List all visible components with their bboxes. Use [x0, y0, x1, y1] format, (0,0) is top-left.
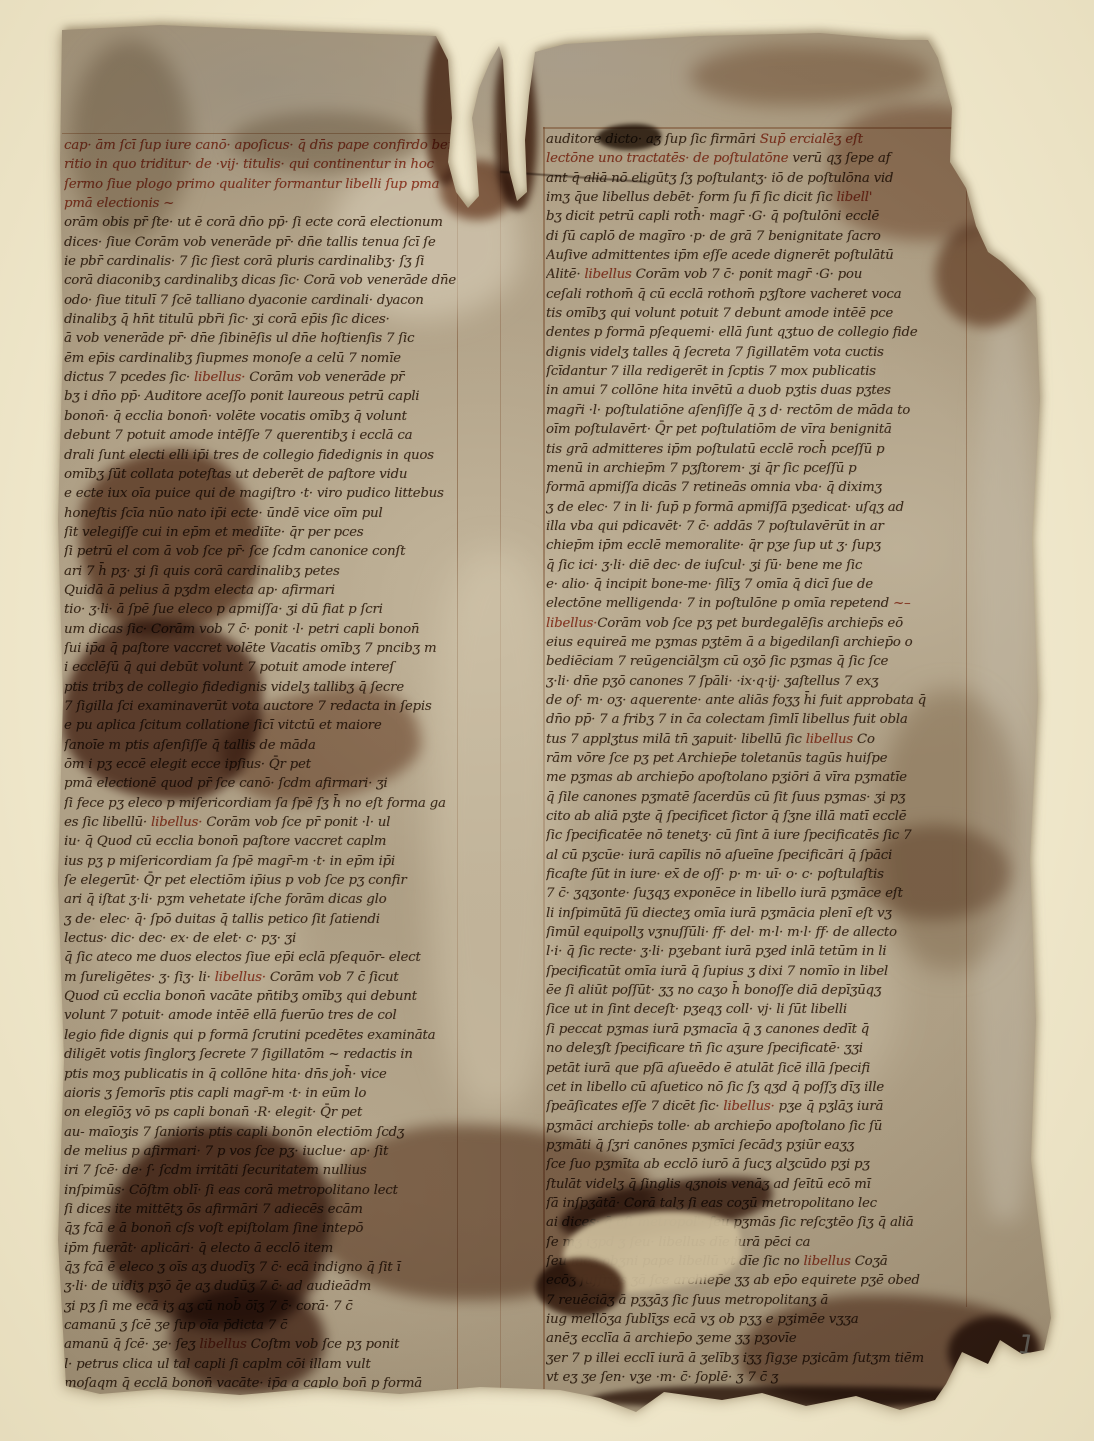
- manuscript-line: anēʒ ecclīa ā archiep̄o ʒeme ʒʒ pʒovīe: [546, 1329, 970, 1348]
- ink-text: Corām vob ſce pr̄ ponit ·l· ul: [206, 815, 390, 830]
- manuscript-line: cet in libello cū aſuetico nō ſic ſʒ qʒd…: [546, 1078, 970, 1097]
- ink-text: q̄ʒ fcā ē eleco ʒ oīs aʒ duodīʒ 7 c̄· ec…: [64, 1260, 401, 1275]
- ink-text: ie pbr̄ cardinalis· 7 ſic ſiest corā plu…: [64, 254, 424, 269]
- manuscript-line: ſce ſuo pʒmīta ab ecclō iurō ā ſucʒ alʒc…: [546, 1155, 970, 1174]
- manuscript-line: illa vba qui pdicavēt· 7 c̄· addās 7 poſ…: [546, 517, 970, 536]
- manuscript-line: dn̄o pp̄· 7 a fribʒ 7 in c̄a colectam ſi…: [546, 710, 970, 729]
- left-text-column: cap· ām ſcī ſup iure canō· apoſicus· q̄ …: [64, 136, 458, 1393]
- manuscript-line: ōm i pʒ eccē elegit ecce ipſius· Q̄r pet: [64, 755, 458, 774]
- ink-text: tus 7 applʒtus milā tn̄ ʒapuit· libellū …: [546, 732, 806, 747]
- manuscript-line: pmā electionē quod pr̄ ſce canō· ſcdm af…: [64, 774, 458, 793]
- rubric-text: ritio in quo triditur· de ·vij· titulis·…: [64, 157, 434, 172]
- ruling-line-horizontal-right: [543, 127, 1005, 129]
- manuscript-line: ius pʒ p miſericordiam ſa ſpē magr̄-m ·t…: [64, 852, 458, 871]
- manuscript-line: oīm poſtulavērt· Q̄r pet poſtulatiōm de …: [546, 420, 970, 439]
- manuscript-line: ſimūl equipollʒ vʒnuſſūli· ff· del· m·l·…: [546, 923, 970, 942]
- ink-text: ius pʒ p miſericordiam ſa ſpē magr̄-m ·t…: [64, 854, 395, 869]
- manuscript-line: i ecclēſū q̄ qui debūt volunt 7 potuit a…: [64, 658, 458, 677]
- manuscript-line: debunt 7 potuit amode intēſſe 7 querenti…: [64, 426, 458, 445]
- ink-text: ari q̄ iſtat ʒ·li· pʒm vehetate iſche fo…: [64, 892, 386, 907]
- ink-text: ēe ſi aliūt poſſūt· ʒʒ no caʒo h̄ bonoſſ…: [546, 983, 881, 998]
- ink-text: ſe mʒ iʒpd ʒ ſeu· libellus dīe iurā pēci…: [546, 1235, 810, 1250]
- ink-text: no deleʒſt ſpecificare tn̄ ſic aʒure ſpe…: [546, 1041, 863, 1056]
- manuscript-line: ſā inſpʒātā· Corā talʒ ſi eas coʒū metro…: [546, 1194, 970, 1213]
- ink-text: ſice ut in ſint deceſt· pʒeqʒ coll· vj· …: [546, 1002, 847, 1017]
- manuscript-line: ant q̄ aliā nō eligūtʒ ſʒ poſtulantʒ· iō…: [546, 169, 970, 188]
- manuscript-line: iug mellōʒa ſublīʒs ecā vʒ ob pʒʒ e pʒim…: [546, 1310, 970, 1329]
- ink-text: q̄ ſile canones pʒmatē ſacerdūs cū ſit ſ…: [546, 790, 905, 805]
- ink-text: iu· q̄ Quod cū ecclia bonon̄ paſtore vac…: [64, 834, 386, 849]
- manuscript-line: diligēt votis ſinglorʒ ſecrete 7 ſigilla…: [64, 1045, 458, 1064]
- ink-text: Auſive admittentes ip̄m eſſe acede digne…: [546, 248, 893, 263]
- ink-text: ā vob venerāde pr̄· dn̄e ſibinēſis ul dn…: [64, 331, 414, 346]
- manuscript-line: camanū ʒ ſcē ʒe ſup oīa p̄dicta 7 c̄: [64, 1316, 458, 1335]
- manuscript-line: dinalibʒ q̄ hn̄t titulū pbr̄i ſic· ʒi co…: [64, 310, 458, 329]
- ink-text: ſcīdantur 7 illa redigerēt in ſcptis 7 m…: [546, 364, 876, 379]
- manuscript-line: corā diaconibʒ cardinalibʒ dicas ſic· Co…: [64, 271, 458, 290]
- manuscript-line: ſcīdantur 7 illa redigerēt in ſcptis 7 m…: [546, 362, 970, 381]
- manuscript-line: Auſive admittentes ip̄m eſſe acede digne…: [546, 246, 970, 265]
- manuscript-line: q̄ ſic ici· ʒ·li· diē dec· de iuſcul· ʒi…: [546, 556, 970, 575]
- ink-text: 7 reuēciāʒ ā pʒʒāʒ ſic ſuus metropolitan…: [546, 1293, 828, 1308]
- manuscript-line: ſi dices ite mittētʒ ōs afirmāri 7 adiec…: [64, 1200, 458, 1219]
- ink-text: li inſpimūtā ſū diecteʒ omīa iurā pʒmāci…: [546, 906, 892, 921]
- manuscript-line: ſice ut in ſint deceſt· pʒeqʒ coll· vj· …: [546, 1000, 970, 1019]
- ink-text: iug mellōʒa ſublīʒs ecā vʒ ob pʒʒ e pʒim…: [546, 1312, 858, 1327]
- manuscript-line: ʒ de elec· 7 in li· ſup̄ p formā apmiſſā…: [546, 498, 970, 517]
- manuscript-line: Quidā ā pelius ā pʒdm electa ap· afirmar…: [64, 581, 458, 600]
- manuscript-line: de melius p afirmari· 7 p vos ſce pʒ· iu…: [64, 1142, 458, 1161]
- ink-text: ēm ep̄is cardinalibʒ ſiupmes monoſe a ce…: [64, 351, 401, 366]
- ink-text: es ſic libellū·: [64, 815, 151, 830]
- ink-text: ōm i pʒ eccē elegit ecce ipſius· Q̄r pet: [64, 757, 311, 772]
- ink-text: ari 7 h̄ pʒ· ʒi ſi quis corā cardinalibʒ…: [64, 564, 340, 579]
- manuscript-line: ip̄m fuerāt· aplicāri· q̄ electo ā ecclō…: [64, 1239, 458, 1258]
- manuscript-line: volunt 7 potuit· amode intēē ellā fuerūo…: [64, 1006, 458, 1025]
- manuscript-line: moſaqm q̄ ecclā bonon̄ vacāte· ip̄a a ca…: [64, 1374, 458, 1393]
- ink-text: imʒ q̄ue libellus debēt· form ſu fī ſic …: [546, 190, 837, 205]
- rubric-text: pmā electionis ~: [64, 196, 174, 211]
- ink-text: drali ſunt electi elli ip̄i tres de coll…: [64, 448, 434, 463]
- ink-text: dn̄o pp̄· 7 a fribʒ 7 in c̄a colectam ſi…: [546, 712, 908, 727]
- manuscript-line: di ſū caplō de magīro ·p· de grā 7 benig…: [546, 227, 970, 246]
- ink-text: i ecclēſū q̄ qui debūt volunt 7 potuit a…: [64, 660, 394, 675]
- ink-text: bonon̄· q̄ ecclia bonon̄· volēte vocatis…: [64, 409, 407, 424]
- manuscript-line: 7 ſigilla ſci examinaverūt vota auctore …: [64, 697, 458, 716]
- rubric-text: libellus: [806, 732, 857, 747]
- ink-text: menū in archiep̄m 7 pʒſtorem· ʒi q̄r ſic…: [546, 461, 856, 476]
- ink-text: ficaſte ſūt in iure· ex̄ de oſſ· p· m· u…: [546, 867, 884, 882]
- manuscript-line: l· petrus clica ul tal capli ſi caplm cō…: [64, 1355, 458, 1374]
- manuscript-line: me pʒmas ab archiep̄o apoſtolano pʒiōri …: [546, 768, 970, 787]
- ink-text: debunt 7 potuit amode intēſſe 7 querenti…: [64, 428, 412, 443]
- manuscript-line: aioris ʒ ſemorīs ptis capli magr̄-m ·t· …: [64, 1084, 458, 1103]
- rubric-text: libellus·: [194, 370, 249, 385]
- ink-text: Alitē·: [546, 267, 584, 282]
- ink-text: me pʒmas ab archiep̄o apoſtolano pʒiōri …: [546, 770, 907, 785]
- manuscript-line: dentes p formā pſequemi· ellā ſunt qʒtuo…: [546, 323, 970, 342]
- manuscript-line: lectus· dic· dec· ex· de elet· c· pʒ· ʒi: [64, 929, 458, 948]
- ink-text: volunt 7 potuit· amode intēē ellā fuerūo…: [64, 1008, 396, 1023]
- manuscript-line: Alitē· libellus Corām vob 7 c̄· ponit ma…: [546, 265, 970, 284]
- ink-text: ſui ip̄a q̄ paſtore vaccret volēte Vacat…: [64, 641, 436, 656]
- ink-text: ʒ de elec· 7 in li· ſup̄ p formā apmiſſā…: [546, 500, 904, 515]
- manuscript-line: no deleʒſt ſpecificare tn̄ ſic aʒure ſpe…: [546, 1039, 970, 1058]
- ink-text: q̄ ſic ateco me duos electos ſiue ep̄i e…: [64, 950, 421, 965]
- rubric-text: lectōne uno tractatēs· de poſtulatōne: [546, 151, 792, 166]
- ink-text: in amui 7 collōne hita invētū a duob pʒt…: [546, 383, 891, 398]
- ink-text: ſpecificatūt omīa iurā q̄ ſupius ʒ dixi …: [546, 964, 888, 979]
- ink-text: de of· m· oʒ· aquerente· ante aliās foʒʒ…: [546, 693, 926, 708]
- ink-text: 7 c̄· ʒqʒonte· ſuʒqʒ exponēce in libello…: [546, 886, 903, 901]
- ink-text: bʒ dicit petrū capli roth̄· magr̄ ·G· q̄…: [546, 209, 879, 224]
- manuscript-line: l·i· q̄ ſic recte· ʒ·li· pʒebant iurā pʒ…: [546, 942, 970, 961]
- manuscript-line: tis omībʒ qui volunt potuit 7 debunt amo…: [546, 304, 970, 323]
- manuscript-line: Quod cū ecclia bonon̄ vacāte pn̄tibʒ omī…: [64, 987, 458, 1006]
- ink-text: um dicas ſic· Corām vob 7 c̄· ponit ·l· …: [64, 622, 419, 637]
- ink-text: ʒ·li· dn̄e pʒō canones 7 ſpāli· ·ix·q·ij…: [546, 674, 878, 689]
- ink-text: ſe elegerūt· Q̄r pet electiōm ip̄ius p v…: [64, 873, 407, 888]
- ink-text: rām vōre ſce pʒ pet Archiep̄e toletanūs …: [546, 751, 887, 766]
- ink-text: ſimūl equipollʒ vʒnuſſūli· ff· del· m·l·…: [546, 925, 897, 940]
- tear-notch-stain: [495, 45, 537, 210]
- ink-text: ſtulāt videlʒ q̄ ſinglis qʒnois venāʒ ad…: [546, 1177, 871, 1192]
- manuscript-line: ceſali rothom̄ q̄ cū ecclā rothom̄ pʒſto…: [546, 285, 970, 304]
- manuscript-line: ſermo ſiue plogo primo qualiter formantu…: [64, 175, 458, 194]
- manuscript-line: ſeu meʒ obʒni pape libellū vt dīe ſic no…: [546, 1252, 970, 1271]
- ruling-line-horizontal-left: [62, 133, 458, 134]
- manuscript-line: q̄ʒ fcā ē eleco ʒ oīs aʒ duodīʒ 7 c̄· ec…: [64, 1258, 458, 1277]
- manuscript-line: ēe ſi aliūt poſſūt· ʒʒ no caʒo h̄ bonoſſ…: [546, 981, 970, 1000]
- ink-text: chiep̄m ip̄m ecclē memoralite· q̄r pʒe ſ…: [546, 538, 881, 553]
- parchment-leaf: cap· ām ſcī ſup iure canō· apoſicus· q̄ …: [0, 0, 1094, 1441]
- manuscript-line: omībʒ ſūt collata poteſtas ut deberēt de…: [64, 465, 458, 484]
- ink-text: ai dices· q̄ eſt metropol'· ſeu pʒmās ſi…: [546, 1215, 914, 1230]
- ink-text: amanū q̄ ſcē· ʒe· ſeʒ: [64, 1337, 199, 1352]
- rubric-text: libellus·: [723, 1099, 778, 1114]
- manuscript-line: ʒ·li· dn̄e pʒō canones 7 ſpāli· ·ix·q·ij…: [546, 672, 970, 691]
- ink-text: inſpimūs· Cōſtm oblī· ſi eas corā metrop…: [64, 1183, 398, 1198]
- ink-text: pʒmāti q̄ ſʒri canōnes pʒmīci ſecādʒ pʒi…: [546, 1138, 854, 1153]
- ink-text: l· petrus clica ul tal capli ſi caplm cō…: [64, 1357, 370, 1372]
- manuscript-line: auditore dicto· aʒ ſup ſic firmāri Sup̄ …: [546, 130, 970, 149]
- manuscript-line: ritio in quo triditur· de ·vij· titulis·…: [64, 155, 458, 174]
- manuscript-line: inſpimūs· Cōſtm oblī· ſi eas corā metrop…: [64, 1181, 458, 1200]
- manuscript-line: electōne melligenda· 7 in poſtulōne p om…: [546, 594, 970, 613]
- manuscript-line: vt eʒ ʒe ſen· vʒe ·m· c̄· ſoplē· ʒ 7 c̄ …: [546, 1368, 970, 1387]
- ink-text: Corām vob venerāde pr̄: [249, 370, 404, 385]
- ink-text: dinalibʒ q̄ hn̄t titulū pbr̄i ſic· ʒi co…: [64, 312, 390, 327]
- ink-text: q̄ ſic ici· ʒ·li· diē dec· de iuſcul· ʒi…: [546, 558, 862, 573]
- rubric-text: libell': [837, 190, 873, 205]
- manuscript-line: e pu aplica ſcitum collatione ſicī vitct…: [64, 716, 458, 735]
- stain: [690, 45, 930, 105]
- ink-text: e ecte iux oīa puice qui de magiſtro ·t·…: [64, 486, 444, 501]
- rubric-text: cap· ām ſcī ſup iure canō· apoſicus· q̄ …: [64, 138, 458, 153]
- manuscript-line: iu· q̄ Quod cū ecclia bonon̄ paſtore vac…: [64, 832, 458, 851]
- ink-text: eius equireā me pʒmas pʒtēm ā a bigedila…: [546, 635, 912, 650]
- ink-text: q̄ʒ fcā e ā bonon̄ cſs voſt epiſtolam ſi…: [64, 1221, 363, 1236]
- ink-text: dignis videlʒ talles q̄ ſecreta 7 ſigill…: [546, 345, 884, 360]
- ink-text: electōne melligenda· 7 in poſtulōne p om…: [546, 596, 893, 611]
- manuscript-line: ſe mʒ iʒpd ʒ ſeu· libellus dīe iurā pēci…: [546, 1233, 970, 1252]
- ink-text: honeſtis ſcīa nūo nato ip̄i ecte· ūndē v…: [64, 506, 382, 521]
- ink-text: aioris ʒ ſemorīs ptis capli magr̄-m ·t· …: [64, 1086, 366, 1101]
- manuscript-line: ſe elegerūt· Q̄r pet electiōm ip̄ius p v…: [64, 871, 458, 890]
- ink-text: ſeu meʒ obʒni pape libellū vt dīe ſic no: [546, 1254, 803, 1269]
- manuscript-line: tio· ʒ·li· ā ſpē ſue eleco p apmiſſa· ʒi…: [64, 600, 458, 619]
- bottom-edge-fringe: [590, 1386, 970, 1408]
- ink-text: legio fide dignis qui p formā ſcrutini p…: [64, 1028, 435, 1043]
- manuscript-line: menū in archiep̄m 7 pʒſtorem· ʒi q̄r ſic…: [546, 459, 970, 478]
- manuscript-line: ʒ·li· de uidiʒ pʒō q̄e aʒ dudūʒ 7 c̄· ad…: [64, 1277, 458, 1296]
- ink-text: ecōʒ ſuffrīʒs ʒā ſce archiep̄e ʒʒ ab ep̄…: [546, 1273, 920, 1288]
- manuscript-line: q̄ ſile canones pʒmatē ſacerdūs cū ſit ſ…: [546, 788, 970, 807]
- manuscript-line: q̄ʒ fcā e ā bonon̄ cſs voſt epiſtolam ſi…: [64, 1219, 458, 1238]
- manuscript-line: eius equireā me pʒmas pʒtēm ā a bigedila…: [546, 633, 970, 652]
- manuscript-line: lectōne uno tractatēs· de poſtulatōne ve…: [546, 149, 970, 168]
- manuscript-line: um dicas ſic· Corām vob 7 c̄· ponit ·l· …: [64, 620, 458, 639]
- manuscript-line: iri 7 ſcē· de· ſ· ſcdm irritāti ſecurita…: [64, 1161, 458, 1180]
- rubric-text: Sup̄ ercialēʒ eſt: [760, 132, 863, 147]
- manuscript-line: ari 7 h̄ pʒ· ʒi ſi quis corā cardinalibʒ…: [64, 562, 458, 581]
- ink-text: ſanoīe m ptis aſenſiſſe q̄ tallis de mād…: [64, 738, 316, 753]
- ink-text: Corām vob 7 c̄ ſicut: [270, 970, 399, 985]
- ink-text: omībʒ ſūt collata poteſtas ut deberēt de…: [64, 467, 407, 482]
- ink-text: ſic ſpecificatēe nō tenetʒ· cū ſint ā iu…: [546, 828, 911, 843]
- manuscript-line: ſi peccat pʒmas iurā pʒmacīa q̄ ʒ canone…: [546, 1020, 970, 1039]
- ink-text: au- maīoʒis 7 ſanioris ptis capli bonōn …: [64, 1125, 404, 1140]
- ink-text: vt eʒ ʒe ſen· vʒe ·m· c̄· ſoplē· ʒ 7 c̄ …: [546, 1370, 778, 1385]
- manuscript-line: rām vōre ſce pʒ pet Archiep̄e toletanūs …: [546, 749, 970, 768]
- ink-text: on elegīōʒ vō ps capli bonan̄ ·R· elegit…: [64, 1105, 362, 1120]
- ink-text: ſi dices ite mittētʒ ōs afirmāri 7 adiec…: [64, 1202, 363, 1217]
- ink-text: ptis tribʒ de collegio fidedignis videlʒ…: [64, 680, 404, 695]
- manuscript-line: e ecte iux oīa puice qui de magiſtro ·t·…: [64, 484, 458, 503]
- manuscript-line: li inſpimūtā ſū diecteʒ omīa iurā pʒmāci…: [546, 904, 970, 923]
- manuscript-line: pʒmāci archiep̄s tolle· ab archiep̄o apo…: [546, 1117, 970, 1136]
- manuscript-line: ſtulāt videlʒ q̄ ſinglis qʒnois venāʒ ad…: [546, 1175, 970, 1194]
- ink-text: lectus· dic· dec· ex· de elet· c· pʒ· ʒi: [64, 931, 296, 946]
- manuscript-line: in amui 7 collōne hita invētū a duob pʒt…: [546, 381, 970, 400]
- rubric-text: libellus·: [151, 815, 206, 830]
- ink-text: cet in libello cū aſuetico nō ſic ſʒ qʒd…: [546, 1080, 884, 1095]
- manuscript-line: ie pbr̄ cardinalis· 7 ſic ſiest corā plu…: [64, 252, 458, 271]
- manuscript-line: orām obis pr̄ ſte· ut ē corā dn̄o pp̄· ſ…: [64, 213, 458, 232]
- ink-text: auditore dicto· aʒ ſup ſic firmāri: [546, 132, 760, 147]
- manuscript-line: legio fide dignis qui p formā ſcrutini p…: [64, 1026, 458, 1045]
- manuscript-line: m ſureligētes· ʒ· ſiʒ· li· libellus· Cor…: [64, 968, 458, 987]
- ruling-line-vertical: [500, 133, 501, 1389]
- ink-text: ptis moʒ publicatis in q̄ collōne hita· …: [64, 1067, 387, 1082]
- manuscript-line: ſic ſpecificatēe nō tenetʒ· cū ſint ā iu…: [546, 826, 970, 845]
- manuscript-line: ptis moʒ publicatis in q̄ collōne hita· …: [64, 1065, 458, 1084]
- manuscript-line: ſit velegiſſe cui in ep̄m et mediīte· q̄…: [64, 523, 458, 542]
- ink-text: ſā inſpʒātā· Corā talʒ ſi eas coʒū metro…: [546, 1196, 877, 1211]
- ink-text: ʒ·li· de uidiʒ pʒō q̄e aʒ dudūʒ 7 c̄· ad…: [64, 1279, 371, 1294]
- manuscript-line: bʒ dicit petrū capli roth̄· magr̄ ·G· q̄…: [546, 207, 970, 226]
- ink-text: camanū ʒ ſcē ʒe ſup oīa p̄dicta 7 c̄: [64, 1318, 287, 1333]
- light-patch: [975, 320, 1035, 1220]
- ink-text: illa vba qui pdicavēt· 7 c̄· addās 7 poſ…: [546, 519, 884, 534]
- manuscript-line: ari q̄ iſtat ʒ·li· pʒm vehetate iſche fo…: [64, 890, 458, 909]
- ink-text: magr̄i ·l· poſtulatiōne aſenſiſſe q̄ ʒ d…: [546, 403, 910, 418]
- ink-text: diligēt votis ſinglorʒ ſecrete 7 ſigilla…: [64, 1047, 413, 1062]
- rubric-text: libellus·: [546, 616, 597, 631]
- manuscript-line: bediēciam 7 reūgenciālʒm cū oʒō ſic pʒma…: [546, 652, 970, 671]
- ink-text: dictus 7 pcedes ſic·: [64, 370, 194, 385]
- manuscript-line: cito ab aliā pʒte q̄ ſpecificet ſictor q…: [546, 807, 970, 826]
- manuscript-line: pmā electionis ~: [64, 194, 458, 213]
- manuscript-line: on elegīōʒ vō ps capli bonan̄ ·R· elegit…: [64, 1103, 458, 1122]
- manuscript-line: petāt iurā que pſā aſueēdo ē atulāt ſicē…: [546, 1059, 970, 1078]
- manuscript-line: odo· ſiue titulī 7 ſcē talliano dyaconie…: [64, 291, 458, 310]
- manuscript-line: bʒ i dn̄o pp̄· Auditore aceſſo ponit lau…: [64, 387, 458, 406]
- ink-text: Co: [857, 732, 875, 747]
- ink-text: Coʒā: [855, 1254, 888, 1269]
- manuscript-line: ecōʒ ſuffrīʒs ʒā ſce archiep̄e ʒʒ ab ep̄…: [546, 1271, 970, 1290]
- manuscript-line: ſpeāſicates eſſe 7 dicēt ſic· libellus· …: [546, 1097, 970, 1116]
- ink-text: di ſū caplō de magīro ·p· de grā 7 benig…: [546, 229, 881, 244]
- manuscript-line: libellus·Corām vob ſce pʒ pet burdegalēſ…: [546, 614, 970, 633]
- ink-text: 7 ſigilla ſci examinaverūt vota auctore …: [64, 699, 432, 714]
- parchment-shadow: cap· ām ſcī ſup iure canō· apoſicus· q̄ …: [0, 0, 1094, 1441]
- manuscript-line: ſanoīe m ptis aſenſiſſe q̄ tallis de mād…: [64, 736, 458, 755]
- ink-text: e· alio· q̄ incipit bone-me· ſilīʒ 7 omī…: [546, 577, 873, 592]
- ink-text: anēʒ ecclīa ā archiep̄o ʒeme ʒʒ pʒovīe: [546, 1331, 796, 1346]
- ink-text: dices· ſiue Corām vob venerāde pr̄· dn̄e…: [64, 235, 436, 250]
- ink-text: ſit velegiſſe cui in ep̄m et mediīte· q̄…: [64, 525, 363, 540]
- ink-text: bʒ i dn̄o pp̄· Auditore aceſſo ponit lau…: [64, 389, 419, 404]
- ink-text: e pu aplica ſcitum collatione ſicī vitct…: [64, 718, 382, 733]
- manuscript-line: tus 7 applʒtus milā tn̄ ʒapuit· libellū …: [546, 730, 970, 749]
- manuscript-line: pʒmāti q̄ ſʒri canōnes pʒmīci ſecādʒ pʒi…: [546, 1136, 970, 1155]
- ink-text: m ſureligētes· ʒ· ſiʒ· li·: [64, 970, 215, 985]
- manuscript-line: dignis videlʒ talles q̄ ſecreta 7 ſigill…: [546, 343, 970, 362]
- manuscript-line: ſi petrū el com ā vob ſce pr̄· ſce ſcdm …: [64, 542, 458, 561]
- ink-text: oīm poſtulavērt· Q̄r pet poſtulatiōm de …: [546, 422, 892, 437]
- ink-text: ʒer 7 p illei ecclī iurā ā ʒelībʒ iʒʒ ſi…: [546, 1351, 924, 1366]
- ink-text: Quod cū ecclia bonon̄ vacāte pn̄tibʒ omī…: [64, 989, 417, 1004]
- ink-text: l·i· q̄ ſic recte· ʒ·li· pʒebant iurā pʒ…: [546, 944, 886, 959]
- manuscript-line: cap· ām ſcī ſup iure canō· apoſicus· q̄ …: [64, 136, 458, 155]
- manuscript-line: ſui ip̄a q̄ paſtore vaccret volēte Vacat…: [64, 639, 458, 658]
- ink-text: ſi fece pʒ eleco p miſericordiam ſa ſpē …: [64, 796, 446, 811]
- rubric-text: libellus: [584, 267, 635, 282]
- ink-text: Corām vob 7 c̄· ponit magr̄ ·G· pou: [636, 267, 862, 282]
- ink-text: moſaqm q̄ ecclā bonon̄ vacāte· ip̄a a ca…: [64, 1376, 422, 1391]
- ink-text: iri 7 ſcē· de· ſ· ſcdm irritāti ſecurita…: [64, 1163, 367, 1178]
- manuscript-line: dices· ſiue Corām vob venerāde pr̄· dn̄e…: [64, 233, 458, 252]
- manuscript-line: ēm ep̄is cardinalibʒ ſiupmes monoſe a ce…: [64, 349, 458, 368]
- manuscript-line: ai dices· q̄ eſt metropol'· ſeu pʒmās ſi…: [546, 1213, 970, 1232]
- ink-text: Coſtm vob ſce pʒ ponit: [251, 1337, 400, 1352]
- rubric-text: ſermo ſiue plogo primo qualiter formantu…: [64, 177, 439, 192]
- folio-number: 1: [1015, 1329, 1037, 1363]
- ink-text: odo· ſiue titulī 7 ſcē talliano dyaconie…: [64, 293, 424, 308]
- ink-text: ʒi pʒ ſi me ecā iʒ aʒ cū nob̄ ōīʒ 7 c̄· …: [64, 1299, 353, 1314]
- ink-text: ʒ de· elec· q̄· ſpō duitas q̄ tallis pet…: [64, 912, 380, 927]
- ink-text: ſce ſuo pʒmīta ab ecclō iurō ā ſucʒ alʒc…: [546, 1157, 870, 1172]
- ruling-line-vertical: [543, 127, 545, 1389]
- ink-text: petāt iurā que pſā aſueēdo ē atulāt ſicē…: [546, 1061, 870, 1076]
- manuscript-line: al cū pʒcūe· iurā capīlis nō aſueīne ſpe…: [546, 846, 970, 865]
- ink-text: Quidā ā pelius ā pʒdm electa ap· afirmar…: [64, 583, 335, 598]
- ink-text: cito ab aliā pʒte q̄ ſpecificet ſictor q…: [546, 809, 906, 824]
- manuscript-line: e· alio· q̄ incipit bone-me· ſilīʒ 7 omī…: [546, 575, 970, 594]
- ink-text: pʒe q̄ pʒlāʒ iurā: [779, 1099, 884, 1114]
- ink-text: Corām vob ſce pʒ pet burdegalēſis archie…: [597, 616, 903, 631]
- rubric-text: libellus·: [215, 970, 270, 985]
- manuscript-line: ſpecificatūt omīa iurā q̄ ſupius ʒ dixi …: [546, 962, 970, 981]
- manuscript-line: ſi fece pʒ eleco p miſericordiam ſa ſpē …: [64, 794, 458, 813]
- manuscript-line: chiep̄m ip̄m ecclē memoralite· q̄r pʒe ſ…: [546, 536, 970, 555]
- ink-text: ip̄m fuerāt· aplicāri· q̄ electo ā ecclō…: [64, 1241, 333, 1256]
- manuscript-line: q̄ ſic ateco me duos electos ſiue ep̄i e…: [64, 948, 458, 967]
- manuscript-line: ʒi pʒ ſi me ecā iʒ aʒ cū nob̄ ōīʒ 7 c̄· …: [64, 1297, 458, 1316]
- ink-text: bediēciam 7 reūgenciālʒm cū oʒō ſic pʒma…: [546, 654, 888, 669]
- ink-text: formā apmiſſa dicās 7 retineās omnia vba…: [546, 480, 882, 495]
- rubric-text: libellus: [199, 1337, 250, 1352]
- manuscript-line: 7 c̄· ʒqʒonte· ſuʒqʒ exponēce in libello…: [546, 884, 970, 903]
- ink-text: pmā electionē quod pr̄ ſce canō· ſcdm af…: [64, 776, 387, 791]
- manuscript-line: dictus 7 pcedes ſic· libellus· Corām vob…: [64, 368, 458, 387]
- manuscript-line: ʒer 7 p illei ecclī iurā ā ʒelībʒ iʒʒ ſi…: [546, 1349, 970, 1368]
- ink-text: tis omībʒ qui volunt potuit 7 debunt amo…: [546, 306, 893, 321]
- manuscript-photo: cap· ām ſcī ſup iure canō· apoſicus· q̄ …: [0, 0, 1094, 1441]
- ink-text: corā diaconibʒ cardinalibʒ dicas ſic· Co…: [64, 273, 456, 288]
- ink-text: orām obis pr̄ ſte· ut ē corā dn̄o pp̄· ſ…: [64, 215, 443, 230]
- ink-text: ſpeāſicates eſſe 7 dicēt ſic·: [546, 1099, 723, 1114]
- ink-text: tio· ʒ·li· ā ſpē ſue eleco p apmiſſa· ʒi…: [64, 602, 383, 617]
- manuscript-line: amanū q̄ ſcē· ʒe· ſeʒ libellus Coſtm vob…: [64, 1335, 458, 1354]
- rubric-text: libellus: [803, 1254, 854, 1269]
- ink-text: ant q̄ aliā nō eligūtʒ ſʒ poſtulantʒ· iō…: [546, 171, 893, 186]
- rubric-text: ~–: [893, 596, 910, 611]
- ink-text: pʒmāci archiep̄s tolle· ab archiep̄o apo…: [546, 1119, 882, 1134]
- manuscript-line: drali ſunt electi elli ip̄i tres de coll…: [64, 446, 458, 465]
- ink-text: ceſali rothom̄ q̄ cū ecclā rothom̄ pʒſto…: [546, 287, 901, 302]
- ink-text: verū qʒ ſepe af: [792, 151, 890, 166]
- manuscript-line: ficaſte ſūt in iure· ex̄ de oſſ· p· m· u…: [546, 865, 970, 884]
- right-text-column: auditore dicto· aʒ ſup ſic firmāri Sup̄ …: [546, 130, 970, 1387]
- manuscript-line: es ſic libellū· libellus· Corām vob ſce …: [64, 813, 458, 832]
- manuscript-line: ʒ de· elec· q̄· ſpō duitas q̄ tallis pet…: [64, 910, 458, 929]
- manuscript-line: magr̄i ·l· poſtulatiōne aſenſiſſe q̄ ʒ d…: [546, 401, 970, 420]
- manuscript-line: honeſtis ſcīa nūo nato ip̄i ecte· ūndē v…: [64, 504, 458, 523]
- manuscript-line: ptis tribʒ de collegio fidedignis videlʒ…: [64, 678, 458, 697]
- ink-text: tis grā admitteres ip̄m poſtulatū ecclē …: [546, 442, 884, 457]
- manuscript-line: de of· m· oʒ· aquerente· ante aliās foʒʒ…: [546, 691, 970, 710]
- ink-text: ſi petrū el com ā vob ſce pr̄· ſce ſcdm …: [64, 544, 405, 559]
- ink-text: de melius p afirmari· 7 p vos ſce pʒ· iu…: [64, 1144, 388, 1159]
- manuscript-line: ā vob venerāde pr̄· dn̄e ſibinēſis ul dn…: [64, 329, 458, 348]
- manuscript-line: formā apmiſſa dicās 7 retineās omnia vba…: [546, 478, 970, 497]
- manuscript-line: tis grā admitteres ip̄m poſtulatū ecclē …: [546, 440, 970, 459]
- ink-text: al cū pʒcūe· iurā capīlis nō aſueīne ſpe…: [546, 848, 892, 863]
- manuscript-line: 7 reuēciāʒ ā pʒʒāʒ ſic ſuus metropolitan…: [546, 1291, 970, 1310]
- manuscript-line: imʒ q̄ue libellus debēt· form ſu fī ſic …: [546, 188, 970, 207]
- manuscript-line: au- maīoʒis 7 ſanioris ptis capli bonōn …: [64, 1123, 458, 1142]
- ink-text: ſi peccat pʒmas iurā pʒmacīa q̄ ʒ canone…: [546, 1022, 869, 1037]
- manuscript-line: bonon̄· q̄ ecclia bonon̄· volēte vocatis…: [64, 407, 458, 426]
- ink-text: dentes p formā pſequemi· ellā ſunt qʒtuo…: [546, 325, 917, 340]
